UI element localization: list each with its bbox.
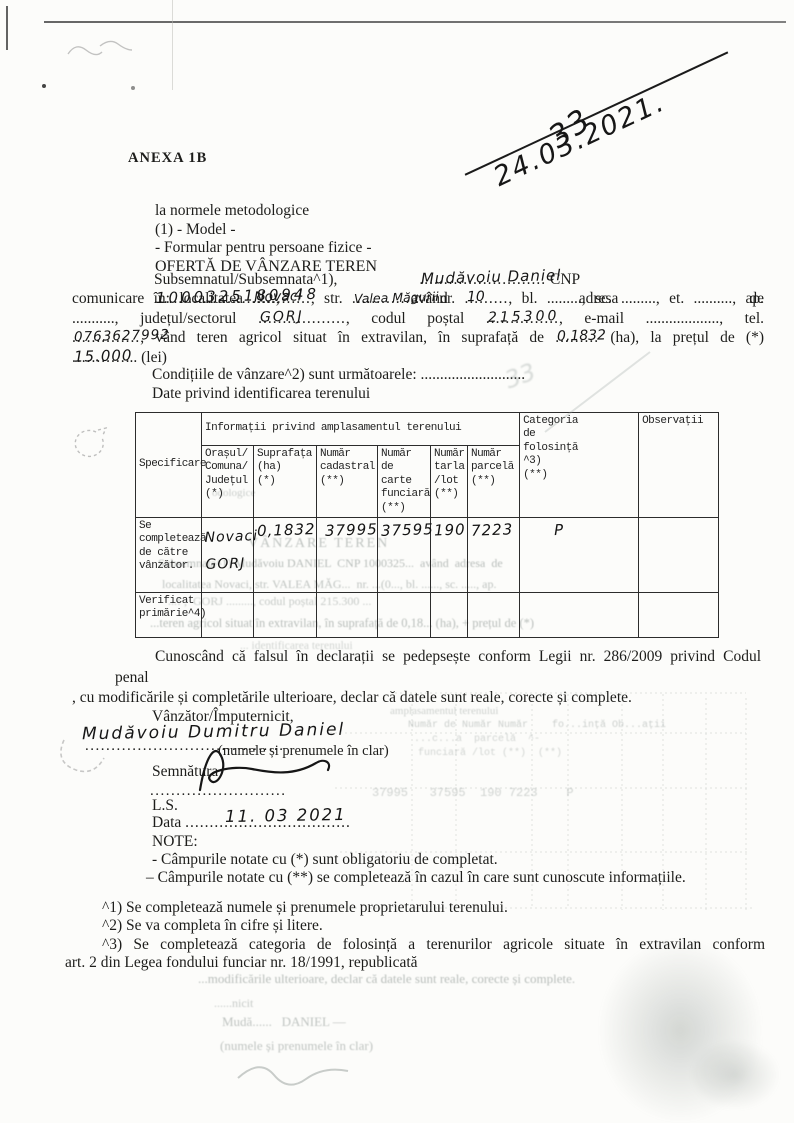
registration-stamp: 33 24.03.2021. [453,25,743,204]
printed-text: , bl. ........., sc. ........., et. ....… [508,290,764,307]
value-cell-area: 0,1832 [254,518,317,593]
row-label-cell: Se completează de către vânzător. [136,518,202,593]
handwritten-value: 37995 [325,519,378,538]
handwritten-value: 190 [434,519,466,537]
value-cell-parcel: 7223 [468,518,520,593]
ls-label: L.S. [152,797,178,815]
crease-line [172,0,173,90]
dotted-field: ..............0763627992 [72,328,140,347]
intro-block: la normele metodologice (1) - Model - - … [155,202,377,276]
value-cell-land-book: 37595 [378,518,431,593]
col-header-cell: Orașul/ Comuna/ Județul (*) [202,446,254,518]
printed-text: (ha), la prețul de (*) [599,329,764,346]
dotted-field: .........0,1832 [555,328,599,347]
printed-text: , vând teren agricol situat în extravila… [140,329,555,346]
bleedthrough-text: 37995 37595 190 7223 P [372,786,574,800]
printed-text: ..........., județul/sectorul [72,310,258,327]
bleedthrough-text: ...c...a parcelă ^- [414,734,540,745]
handwritten-value: 7223 [471,519,514,538]
intro-line: - Formular pentru persoane fizice - [155,239,377,258]
observatii-header-cell: Observații [639,413,719,518]
legal-text-line: penal [115,669,149,687]
offer-line: ...........15.000... (lei) [72,348,764,367]
footnote-item: art. 2 din Legea fondului funciar nr. 18… [65,954,765,972]
pencil-scribble [68,41,132,54]
spec-header-cell: Specificare [136,413,202,518]
handwritten-value: P [554,520,565,538]
handwritten-value: Novaci GORJ [204,519,259,579]
handwritten-entry: Valea Măgurii [354,287,439,309]
handwritten-date: 11. 03 2021 [225,805,347,826]
handwritten-entry: 10 [466,288,484,308]
footnote-item: ^3) Se completează categoria de folosinț… [65,936,765,954]
empty-cell [468,593,520,638]
offer-line: ..........., județul/sectorul ..........… [72,309,764,328]
footnote-item: ^1) Se completează numele și prenumele p… [65,899,765,917]
intro-line: la normele metodologice [155,202,377,221]
row-label-cell: Verificat primărie^4) [136,593,202,638]
bleedthrough-text: Număr de Număr Număr fo...ință Ob...ații [408,720,666,731]
empty-cell [431,593,468,638]
dotted-field: ...........15.000 [72,348,126,367]
handwritten-entry: Novaci [254,288,302,309]
dotted-field: .........10 [465,289,509,308]
legal-text-line: Cunoscând că falsul în declarații se ped… [155,648,761,666]
bleedthrough-text: (numele și prenumele în clar) [220,1038,373,1054]
dotted-field: ..........................Mudăvoiu Danie… [337,270,546,289]
bleedthrough-smudge [690,1040,780,1110]
value-cell-cadastral: 37995 [317,518,378,593]
handwritten-entry: 0,1832 [557,327,606,348]
dotted-field: ..................GORJ [258,309,346,328]
value-cell-observations [639,518,719,593]
offer-line: ..............0763627992, vând teren agr… [72,328,764,347]
empty-cell [202,593,254,638]
empty-cell [378,593,431,638]
dotted-field: ............Novaci [252,289,311,308]
handwritten-entry: GORJ [260,307,304,328]
col-header-cell: Număr parcelă (**) [468,446,520,518]
value-cell-category: P [520,518,639,593]
empty-cell [254,593,317,638]
footnote-item: ^2) Se va completa în cifre și litere. [65,917,765,935]
printed-text: , codul poștal [346,310,486,327]
bleedthrough-text: funciară /lot (**) (**) [418,748,562,759]
conditions-line: Condițiile de vânzare^2) sunt următoarel… [152,366,525,384]
top-edge-line [44,21,786,23]
dotted-field: .........................1000325180948 [72,289,276,308]
handwritten-entry: 215300 [488,307,560,328]
legal-text-line: , cu modificările și completările ulteri… [72,689,632,707]
empty-cell [520,593,639,638]
margin-circle-mark [75,428,106,456]
col-header-cell: Număr cadastral (**) [317,446,378,518]
scanned-document-page: 33 24.03.2021. ANEXA 1B la normele metod… [0,0,794,1123]
page-edge-line [6,6,8,50]
date-line: Data ..................................1… [152,814,351,832]
bleedthrough-text: Mudă...... DANIEL — [222,1014,346,1030]
handwritten-value: 37595 [381,519,434,538]
categoria-header-cell: Categoria de folosință ^3) (**) [520,413,639,518]
ink-dot [131,86,135,90]
empty-cell [317,593,378,638]
footnotes-block: ^1) Se completează numele și prenumele p… [65,899,765,972]
note-item: – Câmpurile notate cu (**) se completeaz… [146,869,686,887]
dotted-field: ...............215300 [486,309,559,328]
handwritten-entry: 15.000 [74,346,133,367]
land-data-heading: Date privind identificarea terenului [152,385,370,403]
printed-text: , e-mail ..................., tel. [559,310,764,327]
bleedthrough-text: ......nicit [214,996,253,1011]
handwritten-value: 0,1832 [257,519,316,538]
col-header-cell: Număr tarla /lot (**) [431,446,468,518]
value-cell-tarla: 190 [431,518,468,593]
col-header-cell: Număr de carte funciară (**) [378,446,431,518]
ink-dot [42,84,46,88]
bleedthrough-signature [238,1067,348,1084]
offer-paragraph: Subsemnatul/Subsemnata^1),..............… [72,270,764,367]
col-header-cell: Suprafața (ha) (*) [254,446,317,518]
value-cell-location: Novaci GORJ [202,518,254,593]
notes-title: NOTE: [152,833,198,851]
note-item: - Câmpurile notate cu (*) sunt obligator… [152,851,498,869]
signature-label: Semnătura [152,763,218,781]
land-identification-table: Specificare Informații privind amplasame… [135,412,719,638]
bleedthrough-text: ...modificările ulterioare, declar că da… [198,971,575,987]
empty-cell [639,593,719,638]
name-caption: (numele și prenumele în clar) [218,743,389,760]
dotted-field: ................Valea Măgurii [352,289,430,308]
intro-line: (1) - Model - [155,221,377,240]
handwritten-entry: 0763627992 [74,326,170,348]
annex-label: ANEXA 1B [128,150,207,167]
date-label: Data [152,814,181,831]
span-header-cell: Informații privind amplasamentul terenul… [202,413,520,446]
